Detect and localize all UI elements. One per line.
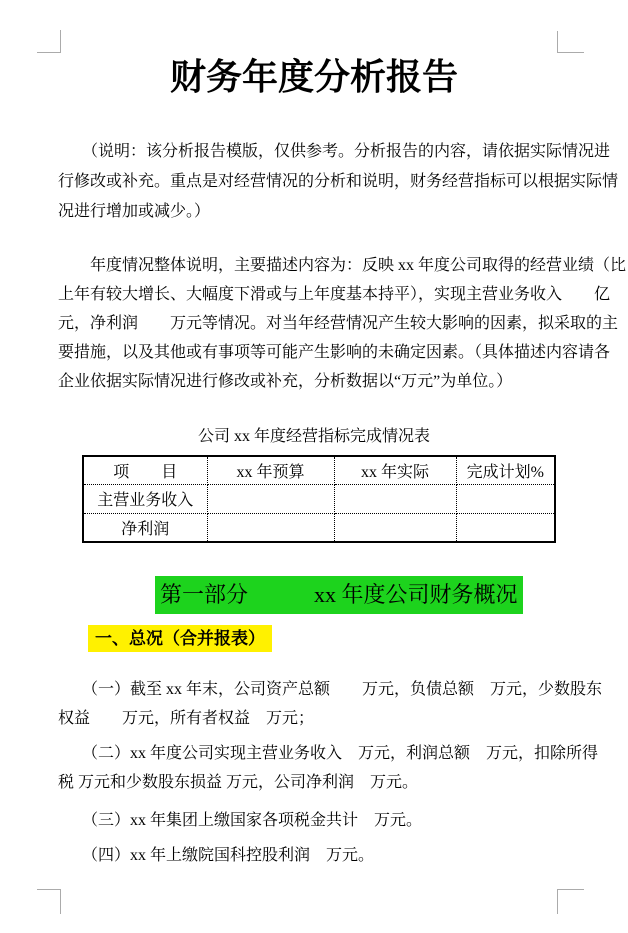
text-line: （二）xx 年度公司实现主营业务收入 万元，利润总额 万元，扣除所得 xyxy=(58,739,598,768)
table-header-actual: xx 年实际 xyxy=(334,456,456,484)
table-caption: 公司 xx 年度经营指标完成情况表 xyxy=(0,426,628,448)
body-paragraph-item-2: （二）xx 年度公司实现主营业务收入 万元，利润总额 万元，扣除所得税 万元和少… xyxy=(58,739,598,797)
cell-actual xyxy=(334,513,456,542)
table-header-item: 项 目 xyxy=(83,456,207,484)
text-line: （说明：该分析报告模版，仅供参考。分析报告的内容，请依据实际情况进 xyxy=(58,137,618,167)
document-page: 财务年度分析报告 （说明：该分析报告模版，仅供参考。分析报告的内容，请依据实际情… xyxy=(0,0,628,933)
indicator-table-wrapper: 项 目 xx 年预算 xx 年实际 完成计划% 主营业务收入 净利润 xyxy=(82,455,556,543)
table-row: 净利润 xyxy=(83,513,555,542)
body-paragraph-item-3: （三）xx 年集团上缴国家各项税金共计 万元。 xyxy=(58,806,422,835)
text-line: 况进行增加或减少。） xyxy=(58,197,618,227)
text-line: 年度情况整体说明，主要描述内容为：反映 xx 年度公司取得的经营业绩（比 xyxy=(58,251,626,280)
row-label: 净利润 xyxy=(83,513,207,542)
cell-budget xyxy=(207,513,334,542)
table-row: 主营业务收入 xyxy=(83,484,555,513)
table-header-completion: 完成计划% xyxy=(456,456,555,484)
text-line: 上年有较大增长、大幅度下滑或与上年度基本持平），实现主营业务收入 亿 xyxy=(58,280,626,309)
text-line: 企业依据实际情况进行修改或补充，分析数据以“万元”为单位。） xyxy=(58,367,626,396)
cell-actual xyxy=(334,484,456,513)
text-line: 行修改或补充。重点是对经营情况的分析和说明，财务经营指标可以根据实际情 xyxy=(58,167,618,197)
cell-budget xyxy=(207,484,334,513)
cell-completion xyxy=(456,513,555,542)
cell-completion xyxy=(456,484,555,513)
table-header-row: 项 目 xx 年预算 xx 年实际 完成计划% xyxy=(83,456,555,484)
margin-crop-mark-bottom-right xyxy=(557,889,584,914)
text-line: （三）xx 年集团上缴国家各项税金共计 万元。 xyxy=(58,806,422,835)
margin-crop-mark-top-right xyxy=(557,31,584,53)
note-paragraph: （说明：该分析报告模版，仅供参考。分析报告的内容，请依据实际情况进行修改或补充。… xyxy=(58,137,618,227)
text-line: （四）xx 年上缴院国科控股利润 万元。 xyxy=(58,841,374,870)
body-paragraph-item-4: （四）xx 年上缴院国科控股利润 万元。 xyxy=(58,841,374,870)
section-heading-highlighted: 第一部分 xx 年度公司财务概况 xyxy=(155,576,523,614)
row-label: 主营业务收入 xyxy=(83,484,207,513)
overview-paragraph: 年度情况整体说明，主要描述内容为：反映 xx 年度公司取得的经营业绩（比上年有较… xyxy=(58,251,626,396)
margin-crop-mark-bottom-left xyxy=(37,889,61,914)
text-line: （一）截至 xx 年末，公司资产总额 万元，负债总额 万元，少数股东 xyxy=(58,675,602,704)
subsection-heading-highlighted: 一、总况（合并报表） xyxy=(88,625,272,652)
text-line: 权益 万元，所有者权益 万元； xyxy=(58,704,602,733)
text-line: 元，净利润 万元等情况。对当年经营情况产生较大影响的因素，拟采取的主 xyxy=(58,309,626,338)
table-header-budget: xx 年预算 xyxy=(207,456,334,484)
body-paragraph-item-1: （一）截至 xx 年末，公司资产总额 万元，负债总额 万元，少数股东权益 万元，… xyxy=(58,675,602,733)
indicator-table: 项 目 xx 年预算 xx 年实际 完成计划% 主营业务收入 净利润 xyxy=(82,455,556,543)
margin-crop-mark-top-left xyxy=(37,30,61,53)
text-line: 税 万元和少数股东损益 万元，公司净利润 万元。 xyxy=(58,768,598,797)
text-line: 要措施，以及其他或有事项等可能产生影响的未确定因素。（具体描述内容请各 xyxy=(58,338,626,367)
document-title: 财务年度分析报告 xyxy=(0,54,628,100)
